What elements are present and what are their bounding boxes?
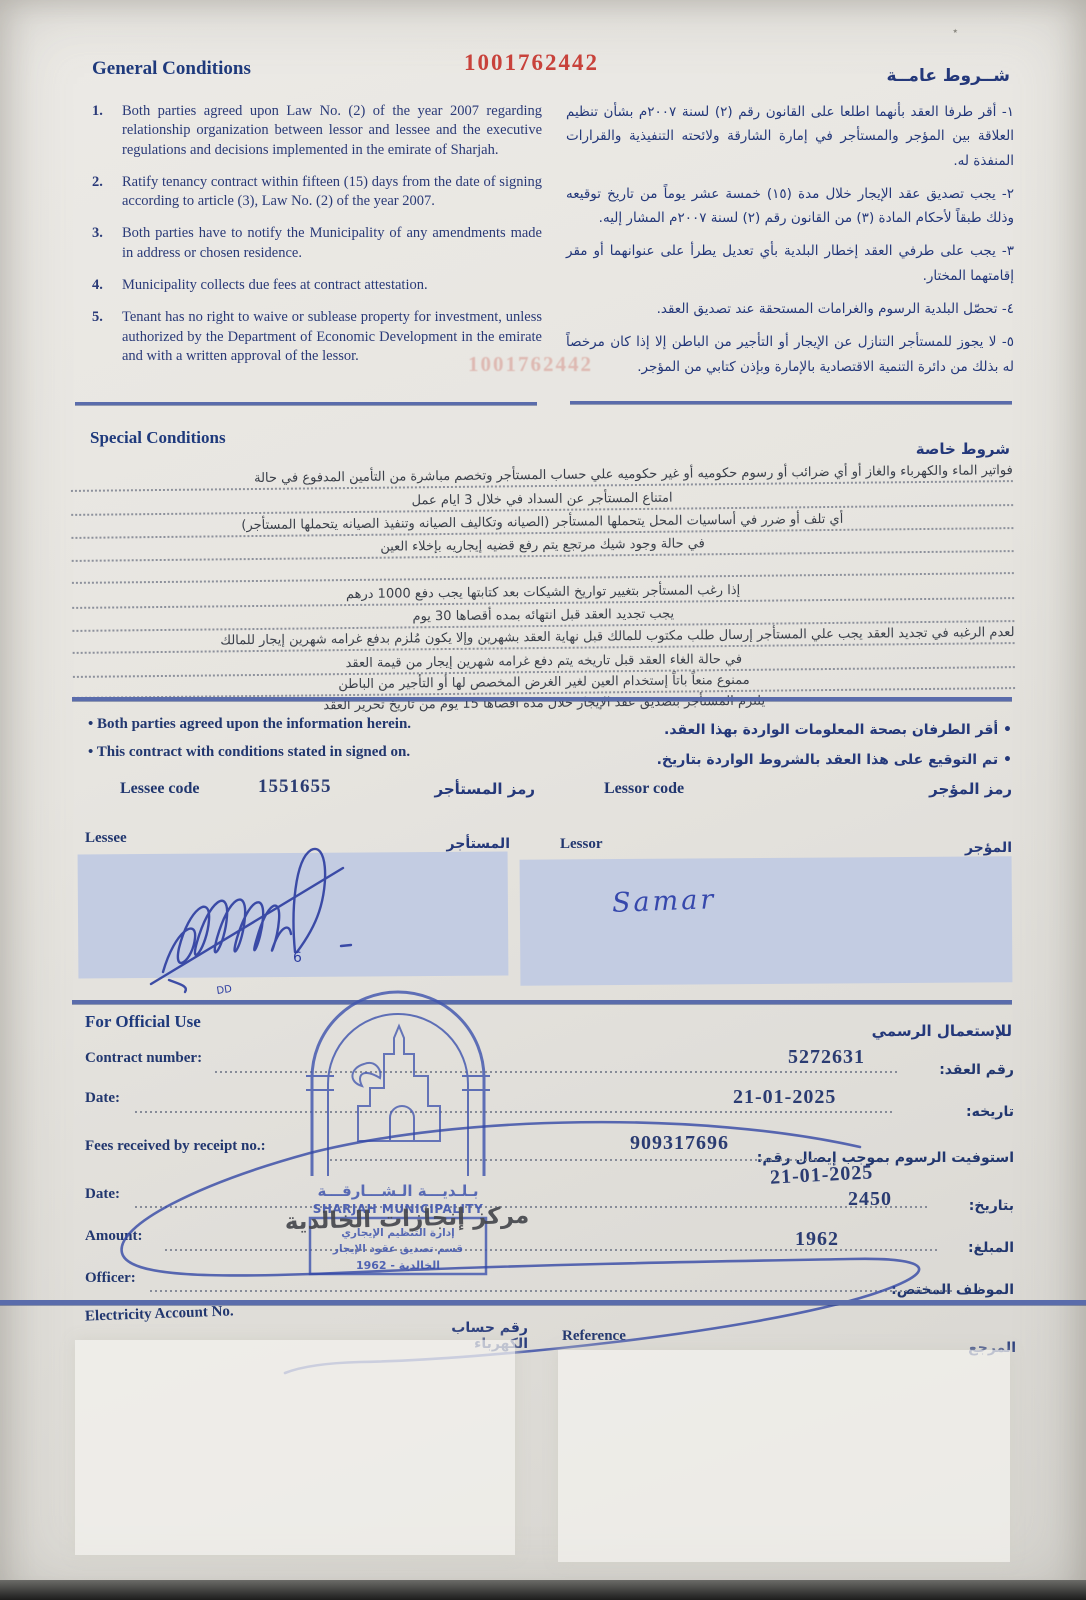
contract-number-value: 5272631 [788,1046,865,1069]
list-item: ٣- يجب على طرفي العقد إخطار البلدية بأي … [566,239,1014,288]
item-number: 4. [92,276,122,295]
list-item: ٤- تحصّل البلدية الرسوم والغرامات المستح… [566,297,1014,321]
lessee-code-value: 1551655 [258,776,332,798]
item-number: 2. [92,173,122,212]
section-divider [75,402,537,405]
reference-label-en: Reference [562,1328,626,1345]
scanned-tenancy-contract: General Conditions 1001762442 شــروط عام… [0,0,1086,1600]
list-item: 1. Both parties agreed upon Law No. (2) … [92,102,542,160]
special-conditions-block: فواتير الماء والكهرباء والغاز أو أي ضرائ… [71,463,1015,713]
item-number: 1. [92,102,122,160]
item-text: Municipality collects due fees at contra… [122,276,428,295]
scan-edge-strip [0,1580,1086,1600]
agreement-line-ar: • تم التوقيع على هذا العقد بالشروط الوار… [657,752,1012,768]
lessor-signature-box [520,856,1013,985]
official-use-title-ar: للإستعمال الرسمي [872,1022,1012,1040]
item-text: Both parties agreed upon Law No. (2) of … [122,102,542,160]
list-item: ١- أقر طرفا العقد بأنهما اطلعا على القان… [566,100,1014,173]
special-conditions-title-en: Special Conditions [90,428,226,448]
list-item: 4. Municipality collects due fees at con… [92,276,542,295]
section-divider [72,1000,1012,1004]
list-item: ٢- يجب تصديق عقد الإيجار خلال مدة (١٥) خ… [566,182,1014,231]
ghost-serial-number: 1001762442 [468,352,593,377]
general-conditions-list-en: 1. Both parties agreed upon Law No. (2) … [92,102,542,379]
item-number: 5. [92,308,122,366]
contract-serial-number: 1001762442 [464,50,599,76]
lessee-label-ar: المستأجر [450,836,510,852]
list-item: 3. Both parties have to notify the Munic… [92,224,542,263]
section-divider [0,1300,1086,1305]
lessee-label: Lessee [85,830,127,847]
item-text: Both parties have to notify the Municipa… [122,224,542,263]
corner-mark: ٭ [953,26,958,37]
item-text: Ratify tenancy contract within fifteen (… [122,173,542,212]
lessee-code-label-ar: رمز المستأجر [425,780,535,798]
lessor-code-label-ar: رمز المؤجر [929,780,1012,798]
list-item: ٥- لا يجوز للمستأجر التنازل عن الإيجار أ… [566,330,1014,379]
general-conditions-title-en: General Conditions [92,58,251,80]
list-item: 2. Ratify tenancy contract within fiftee… [92,173,542,212]
general-conditions-list-ar: ١- أقر طرفا العقد بأنهما اطلعا على القان… [566,100,1014,388]
item-number: 3. [92,224,122,263]
special-conditions-title-ar: شروط خاصة [916,440,1010,458]
lessee-mark: DD [216,984,233,997]
agreement-line-en: • This contract with conditions stated i… [88,744,410,761]
lessor-signature-text: Samar [611,884,716,919]
contract-number-label-en: Contract number: [85,1050,202,1067]
agreement-line-ar: • أقر الطرفان بصحة المعلومات الواردة بهذ… [664,722,1012,738]
reference-box [558,1350,1010,1562]
lessee-code-label: Lessee code [120,780,200,798]
electricity-account-box [75,1340,515,1555]
lessor-label-ar: المؤجر [965,840,1012,856]
lessor-code-label: Lessor code [604,780,684,798]
official-use-title-en: For Official Use [85,1012,201,1032]
general-conditions-title-ar: شــروط عامــة [886,66,1010,86]
section-divider [72,697,1012,701]
agreement-line-en: • Both parties agreed upon the informati… [88,716,411,733]
section-divider [570,401,1012,404]
lessor-label: Lessor [560,836,603,853]
